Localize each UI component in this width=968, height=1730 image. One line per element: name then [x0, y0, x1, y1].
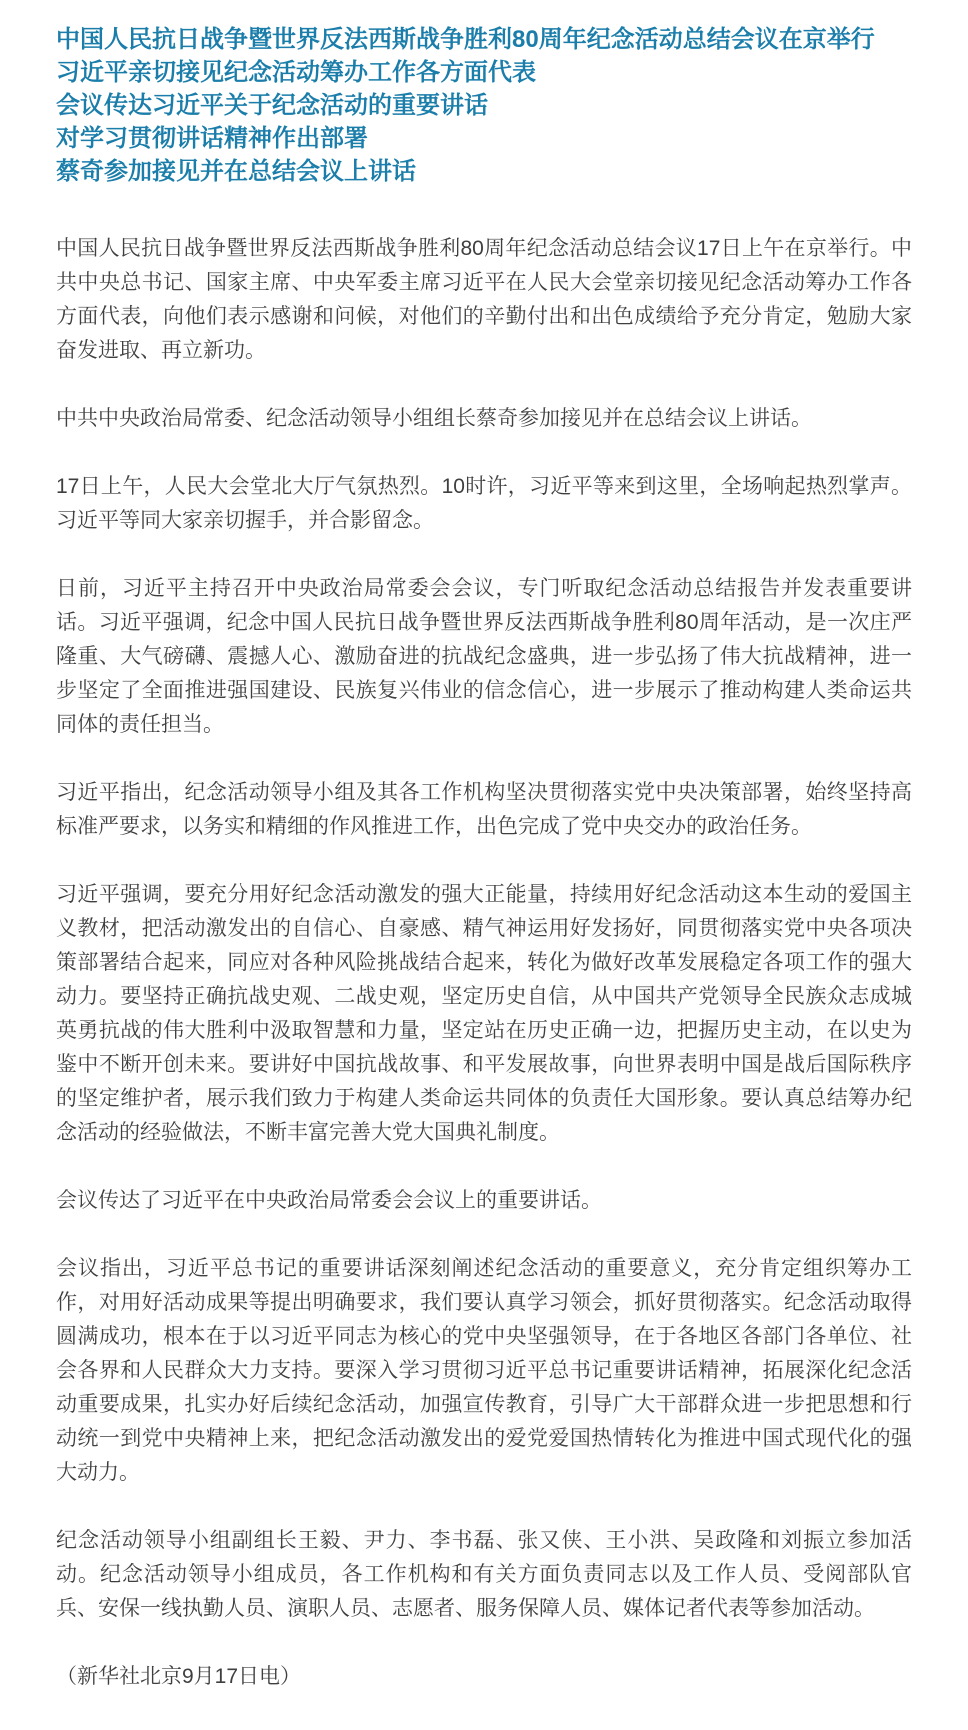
article-paragraph: 中共中央政治局常委、纪念活动领导小组组长蔡奇参加接见并在总结会议上讲话。: [56, 402, 912, 436]
article-paragraph: 17日上午，人民大会堂北大厅气氛热烈。10时许，习近平等来到这里，全场响起热烈掌…: [56, 470, 912, 538]
article-paragraph: 习近平强调，要充分用好纪念活动激发的强大正能量，持续用好纪念活动这本生动的爱国主…: [56, 878, 912, 1150]
article-paragraph: 中国人民抗日战争暨世界反法西斯战争胜利80周年纪念活动总结会议17日上午在京举行…: [56, 232, 912, 368]
dateline: （新华社北京9月17日电）: [56, 1660, 912, 1694]
article-paragraph: 会议传达了习近平在中央政治局常委会会议上的重要讲话。: [56, 1184, 912, 1218]
page: 中国人民抗日战争暨世界反法西斯战争胜利80周年纪念活动总结会议在京举行 习近平亲…: [0, 0, 968, 1730]
article-paragraph: 会议指出，习近平总书记的重要讲话深刻阐述纪念活动的重要意义，充分肯定组织筹办工作…: [56, 1252, 912, 1490]
article: 中国人民抗日战争暨世界反法西斯战争胜利80周年纪念活动总结会议在京举行 习近平亲…: [0, 0, 968, 1694]
article-paragraph: 日前，习近平主持召开中央政治局常委会会议，专门听取纪念活动总结报告并发表重要讲话…: [56, 572, 912, 742]
headline-block: 中国人民抗日战争暨世界反法西斯战争胜利80周年纪念活动总结会议在京举行 习近平亲…: [56, 23, 912, 188]
headline-line: 习近平亲切接见纪念活动筹办工作各方面代表: [56, 56, 912, 89]
headline-line: 会议传达习近平关于纪念活动的重要讲话: [56, 89, 912, 122]
headline-line: 对学习贯彻讲话精神作出部署: [56, 122, 912, 155]
article-paragraph: 习近平指出，纪念活动领导小组及其各工作机构坚决贯彻落实党中央决策部署，始终坚持高…: [56, 776, 912, 844]
article-paragraph: 纪念活动领导小组副组长王毅、尹力、李书磊、张又侠、王小洪、吴政隆和刘振立参加活动…: [56, 1524, 912, 1626]
headline-line: 中国人民抗日战争暨世界反法西斯战争胜利80周年纪念活动总结会议在京举行: [56, 23, 912, 56]
headline-line: 蔡奇参加接见并在总结会议上讲话: [56, 155, 912, 188]
